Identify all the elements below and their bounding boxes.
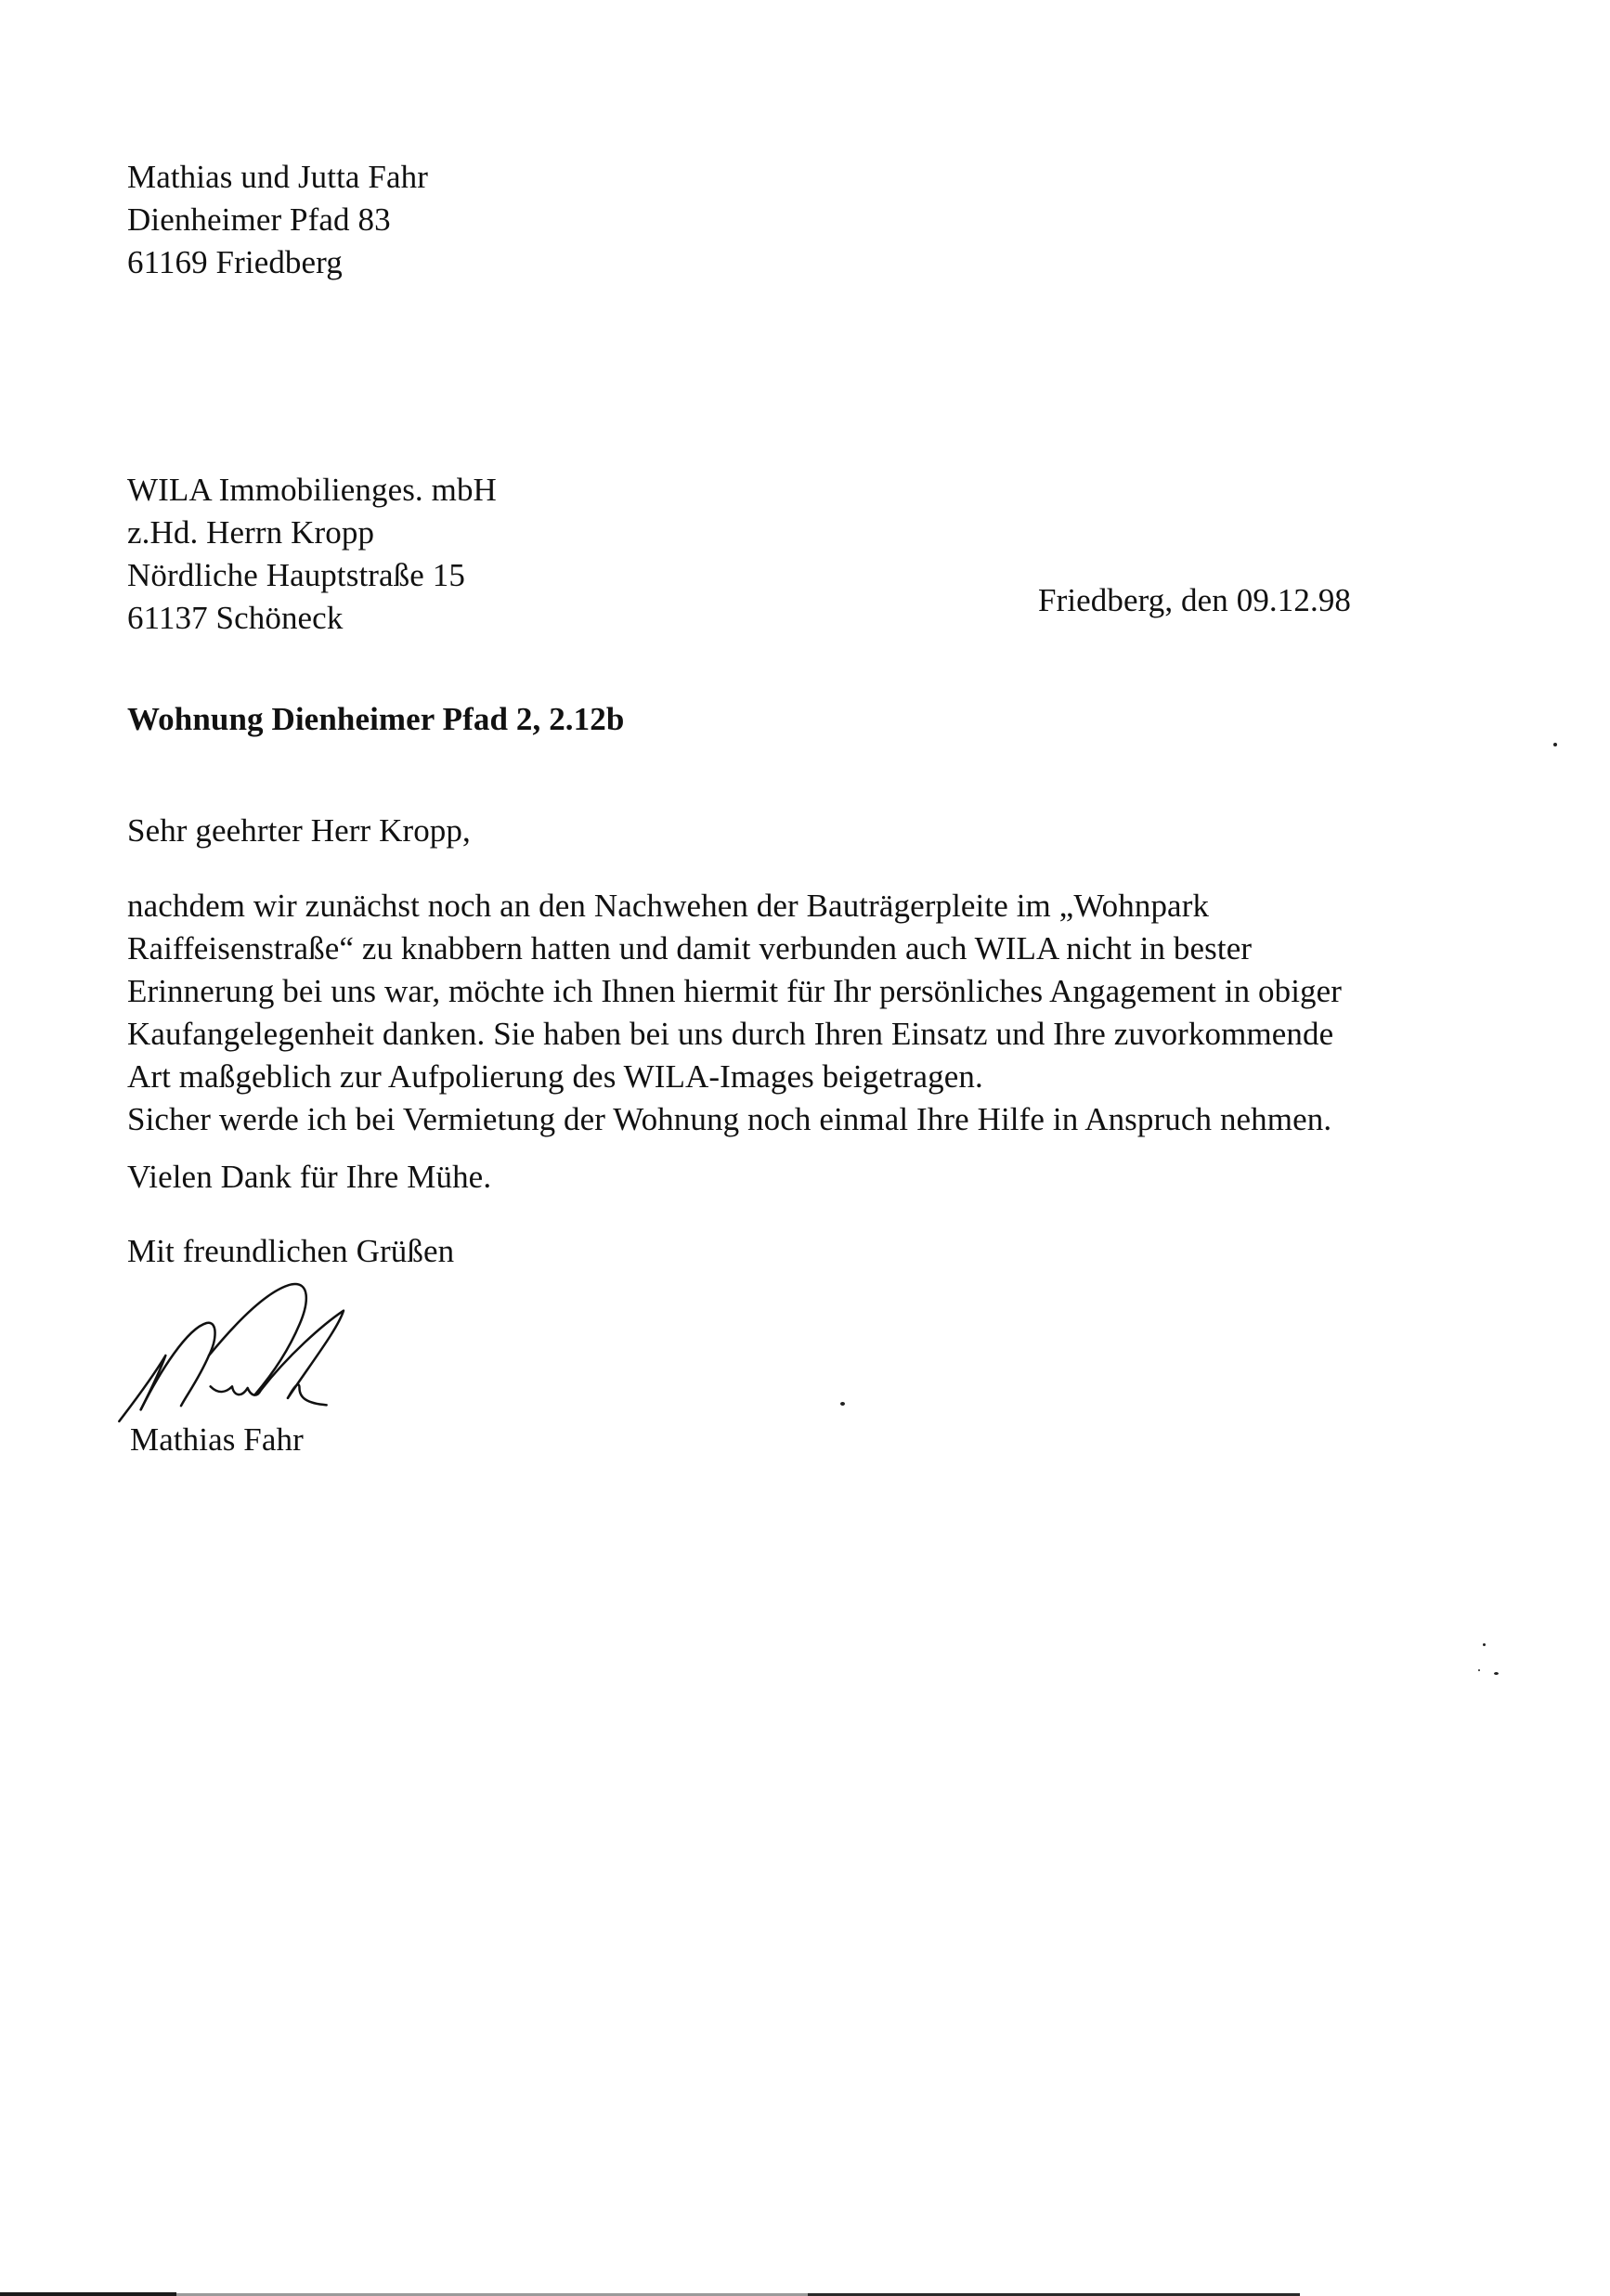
letter-body: nachdem wir zunächst noch an den Nachweh… bbox=[127, 885, 1342, 1141]
scan-speck bbox=[1483, 1643, 1486, 1646]
body-line: nachdem wir zunächst noch an den Nachweh… bbox=[127, 885, 1342, 927]
thanks-line: Vielen Dank für Ihre Mühe. bbox=[127, 1156, 491, 1199]
scan-speck bbox=[1553, 743, 1557, 746]
salutation: Sehr geehrter Herr Kropp, bbox=[127, 810, 471, 852]
subject-line: Wohnung Dienheimer Pfad 2, 2.12b bbox=[127, 698, 624, 741]
date-line: Friedberg, den 09.12.98 bbox=[1038, 579, 1351, 622]
body-line: Sicher werde ich bei Vermietung der Wohn… bbox=[127, 1098, 1342, 1141]
sender-address: Mathias und Jutta Fahr Dienheimer Pfad 8… bbox=[127, 156, 428, 284]
sender-street: Dienheimer Pfad 83 bbox=[127, 199, 428, 241]
scan-speck bbox=[840, 1402, 845, 1406]
recipient-company: WILA Immobilienges. mbH bbox=[127, 469, 497, 512]
recipient-city: 61137 Schöneck bbox=[127, 597, 497, 640]
recipient-address: WILA Immobilienges. mbH z.Hd. Herrn Krop… bbox=[127, 469, 497, 640]
body-line: Kaufangelegenheit danken. Sie haben bei … bbox=[127, 1013, 1342, 1056]
scan-speck bbox=[1494, 1672, 1499, 1675]
letter-page: Mathias und Jutta Fahr Dienheimer Pfad 8… bbox=[0, 0, 1610, 2296]
recipient-street: Nördliche Hauptstraße 15 bbox=[127, 554, 497, 597]
body-line: Raiffeisenstraße“ zu knabbern hatten und… bbox=[127, 927, 1342, 970]
sender-name: Mathias und Jutta Fahr bbox=[127, 156, 428, 199]
body-line: Art maßgeblich zur Aufpolierung des WILA… bbox=[127, 1056, 1342, 1098]
sender-city: 61169 Friedberg bbox=[127, 241, 428, 284]
recipient-attention: z.Hd. Herrn Kropp bbox=[127, 512, 497, 554]
signer-name: Mathias Fahr bbox=[130, 1419, 304, 1461]
scan-speck bbox=[1478, 1669, 1480, 1671]
body-line: Erinnerung bei uns war, möchte ich Ihnen… bbox=[127, 970, 1342, 1013]
scan-edge bbox=[0, 2292, 176, 2296]
